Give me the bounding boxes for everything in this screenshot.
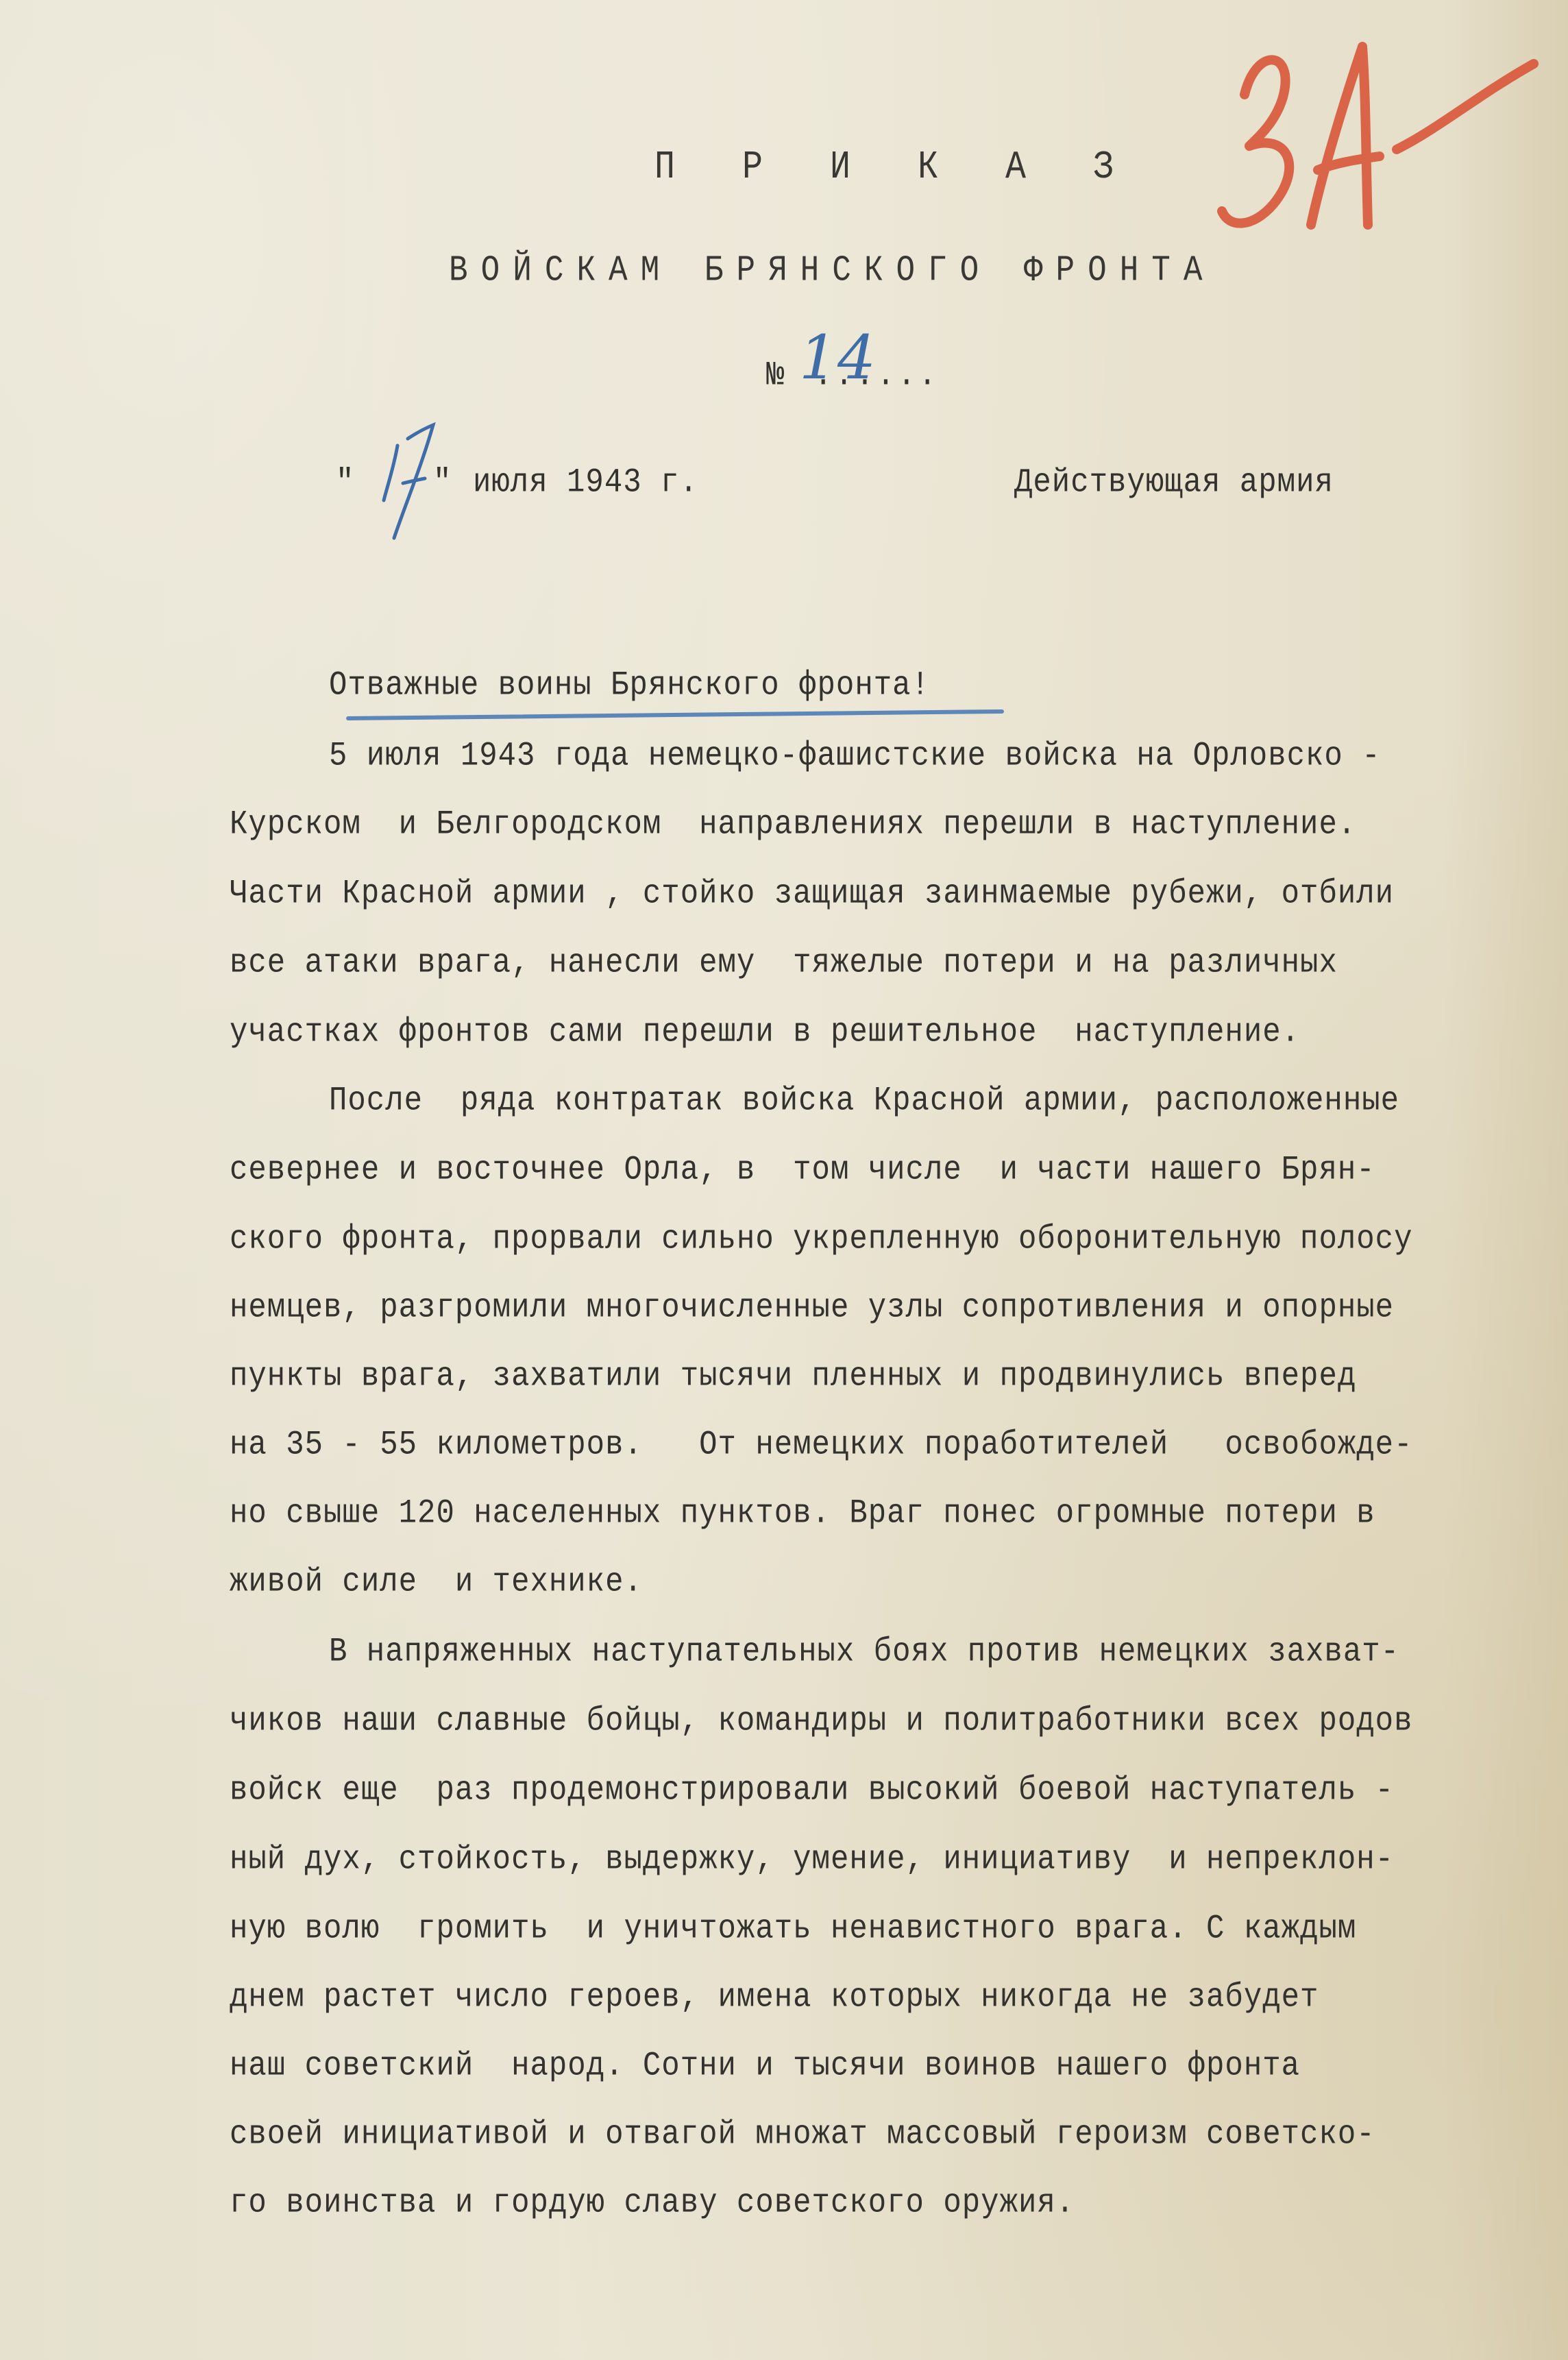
- paragraph-line: ный дух, стойкость, выдержку, умение, ин…: [230, 1840, 1394, 1879]
- paragraph-line: наш советский народ. Сотни и тысячи воин…: [230, 2047, 1300, 2085]
- paragraph-line: 5 июля 1943 года немецко-фашистские войс…: [329, 737, 1381, 775]
- number-label: №: [766, 356, 785, 395]
- page-title: П Р И К А З: [654, 145, 1137, 191]
- order-number: № 14 ......: [766, 336, 792, 398]
- paragraph-line: своей инициативой и отвагой множат массо…: [230, 2115, 1375, 2154]
- date-close-quote: ": [433, 463, 452, 502]
- page-subtitle: ВОЙСКАМ БРЯНСКОГО ФРОНТА: [449, 250, 1216, 291]
- paragraph-line: все атаки врага, нанесли ему тяжелые пот…: [230, 944, 1338, 982]
- date-open-quote: ": [336, 463, 354, 502]
- paragraph-line: немцев, разгромили многочисленные узлы с…: [230, 1289, 1394, 1327]
- paragraph-line: живой силе и технике.: [230, 1563, 643, 1601]
- document-page: 34— П Р И К А З ВОЙСКАМ БРЯНСКОГО ФРОНТА…: [0, 0, 1568, 2360]
- archive-annotation-red: 34—: [1165, 7, 1535, 240]
- paragraph-line: участках фронтов сами перешли в решитель…: [230, 1013, 1300, 1051]
- paragraph-line: севернее и восточнее Орла, в том числе и…: [230, 1151, 1375, 1189]
- paragraph-line: После ряда контратак войска Красной арми…: [329, 1082, 1399, 1120]
- paragraph-line: В напряженных наступательных боях против…: [329, 1633, 1399, 1671]
- date-rest: июля 1943 г.: [473, 463, 698, 502]
- salutation: Отважные воины Брянского фронта!: [329, 666, 930, 705]
- handwritten-34-mark-icon: [1191, 19, 1561, 252]
- paragraph-line: пункты врага, захватили тысячи пленных и…: [230, 1357, 1356, 1396]
- paragraph-line: Части Красной армии , стойко защищая заи…: [230, 875, 1394, 913]
- paragraph-line: чиков наши славные бойцы, командиры и по…: [230, 1702, 1412, 1740]
- location-label: Действующая армия: [1014, 463, 1334, 502]
- paragraph-line: войск еще раз продемонстрировали высокий…: [230, 1771, 1394, 1810]
- salutation-underline: [346, 709, 1004, 720]
- paragraph-line: ского фронта, прорвали сильно укрепленну…: [230, 1220, 1412, 1258]
- paragraph-line: днем растет число героев, имена которых …: [230, 1978, 1319, 2017]
- handwritten-day-17-icon: [370, 363, 452, 542]
- paragraph-line: на 35 - 55 километров. От немецких пораб…: [230, 1426, 1412, 1464]
- number-dots: ......: [814, 356, 939, 395]
- paragraph-line: го воинства и гордую славу советского ор…: [230, 2184, 1075, 2222]
- paragraph-line: Курском и Белгородском направлениях пере…: [230, 805, 1356, 844]
- paragraph-line: ную волю громить и уничтожать ненавистно…: [230, 1910, 1356, 1948]
- paragraph-line: но свыше 120 населенных пунктов. Враг по…: [230, 1494, 1375, 1533]
